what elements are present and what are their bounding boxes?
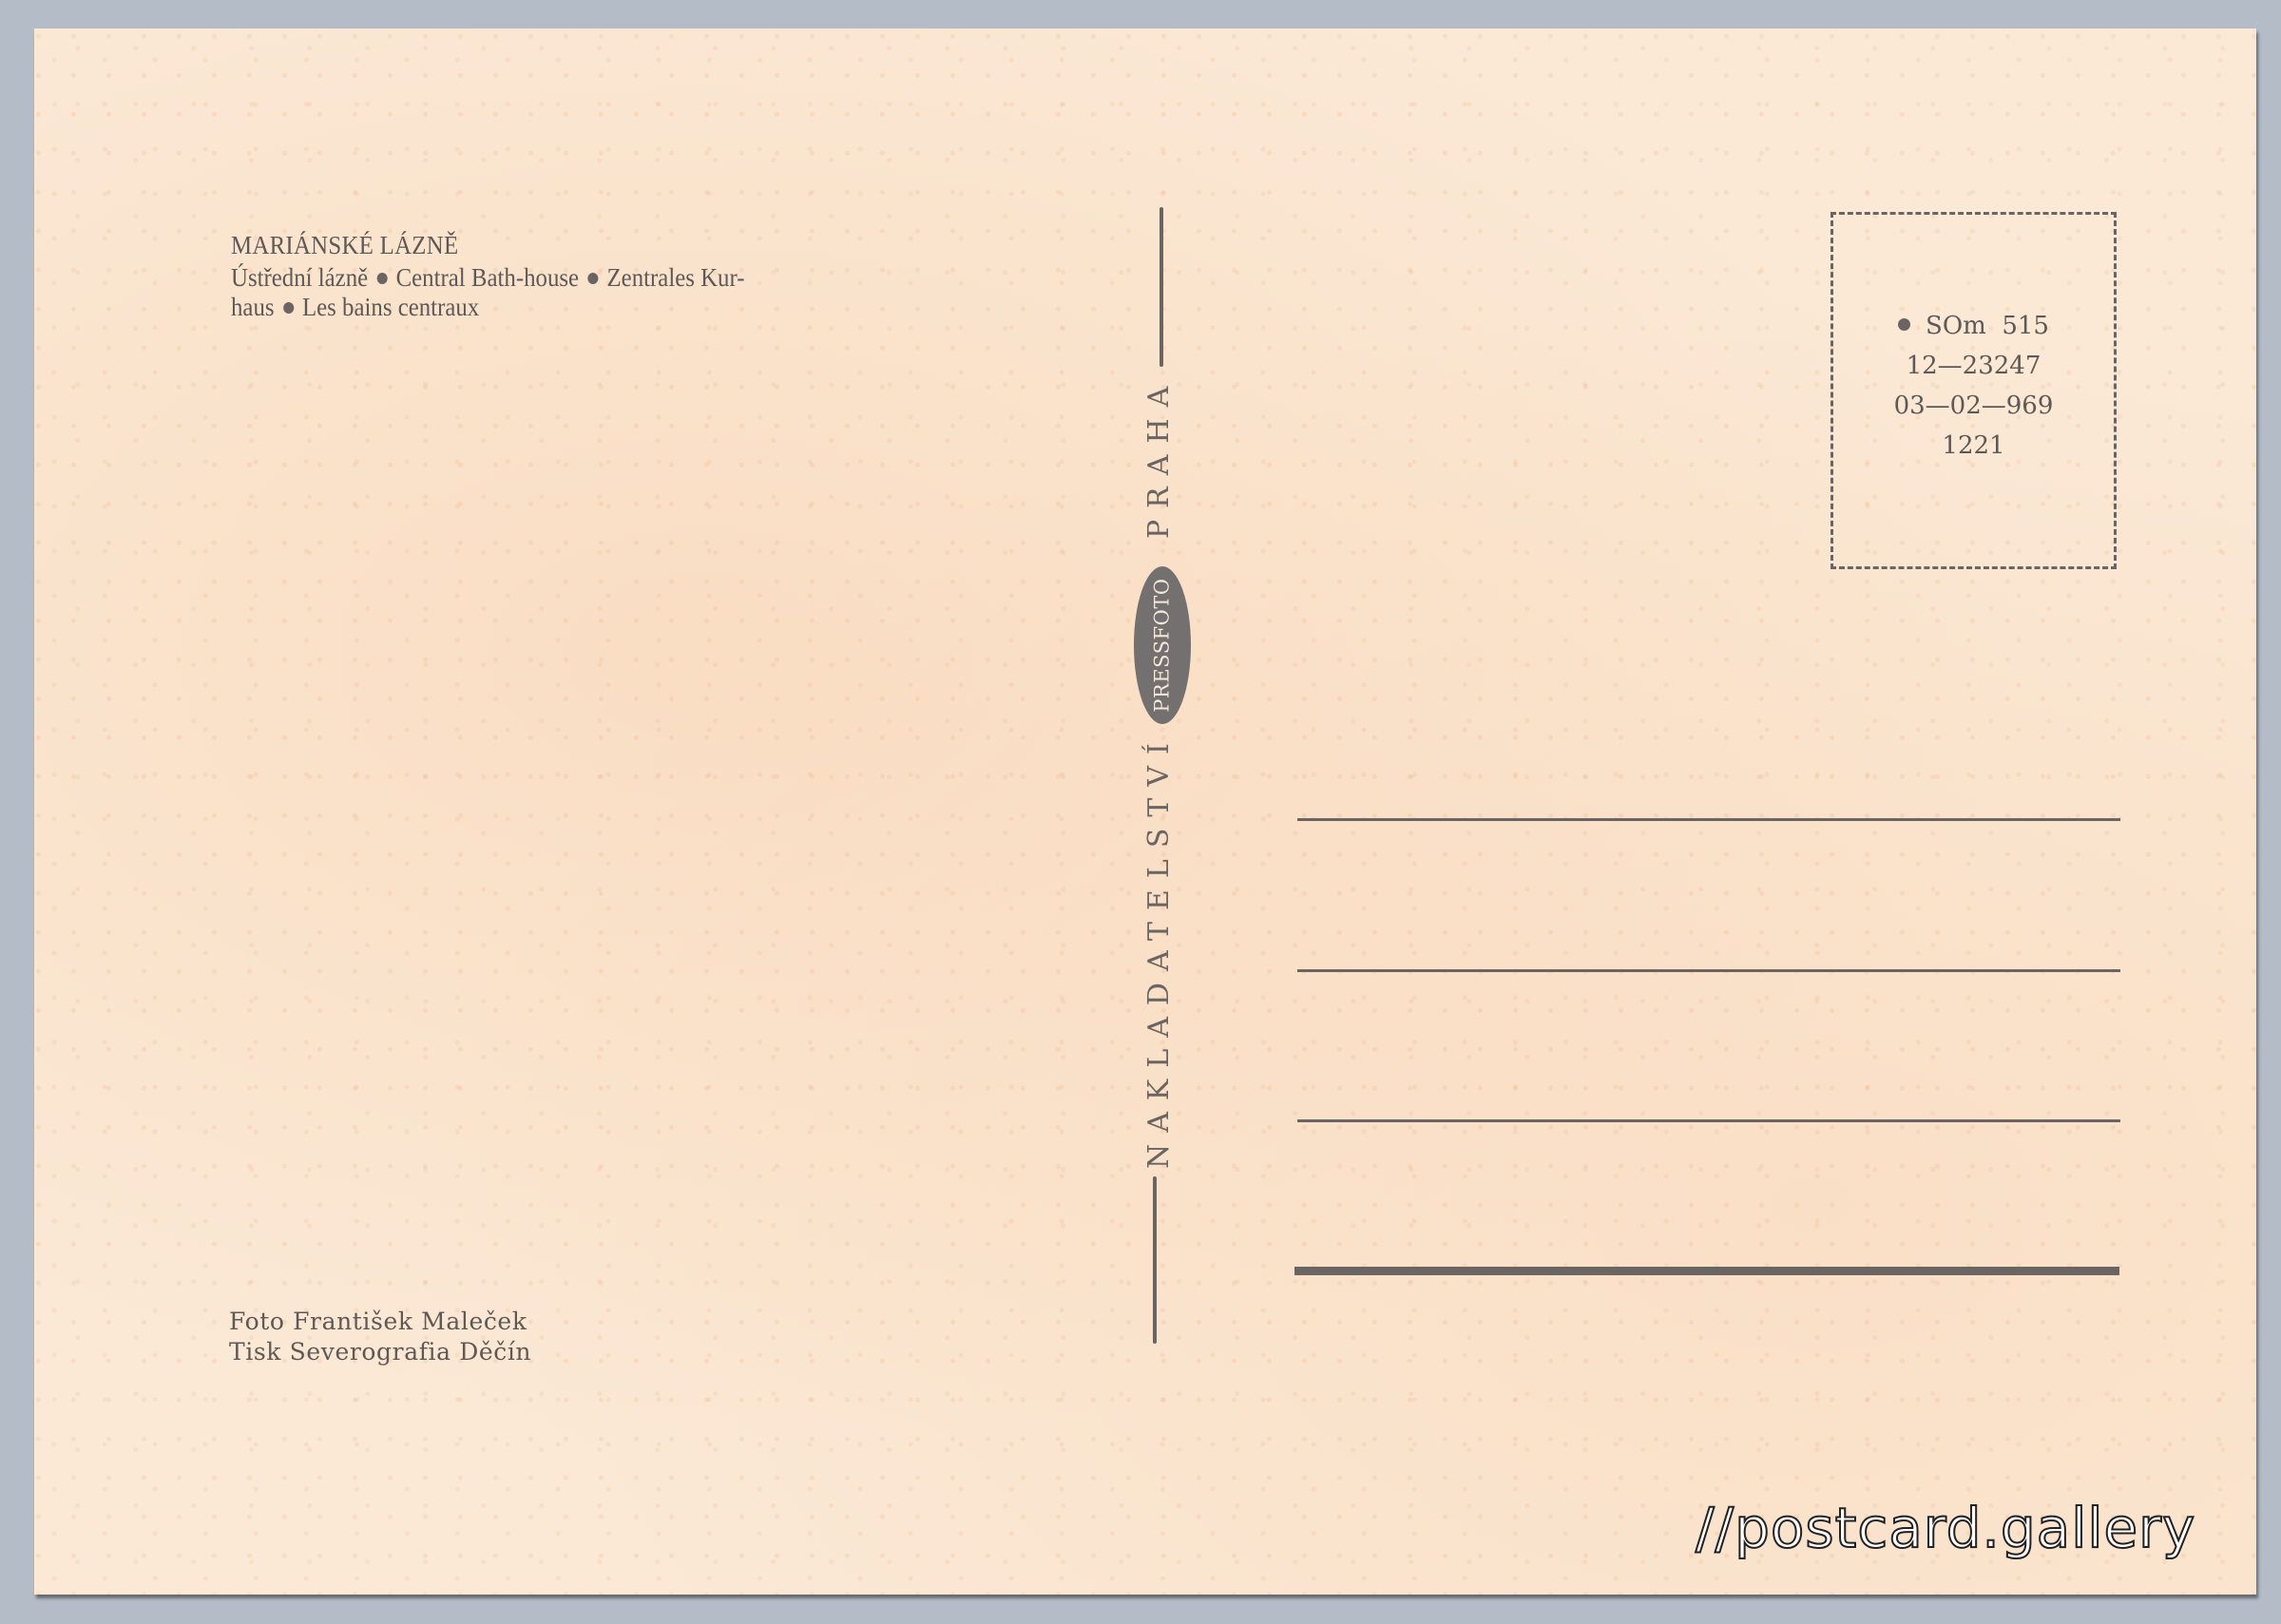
pressfoto-logo: PRESSFOTO [1134, 566, 1191, 724]
bullet-dot-icon [587, 273, 598, 284]
bullet-dot-icon [376, 273, 387, 284]
address-line-1 [1297, 818, 2120, 821]
stamp-extra: 1221 [1833, 426, 2114, 466]
print-credit: Tisk Severografia Děčín [229, 1337, 531, 1367]
address-line-4 [1294, 1267, 2119, 1275]
caption-german: Zentrales Kur- [606, 263, 744, 292]
bullet-dot-icon [283, 302, 294, 314]
divider-line-top [1160, 207, 1163, 367]
credits: Foto František Maleček Tisk Severografia… [229, 1307, 531, 1367]
caption-french: Les bains centraux [302, 293, 479, 321]
bullet-dot-icon [1898, 318, 1910, 331]
logo-text: PRESSFOTO [1151, 578, 1174, 712]
watermark: //postcard.gallery [1696, 1496, 2195, 1560]
publisher-city: PRAHA [1142, 375, 1176, 539]
caption-german-cont: haus [231, 293, 275, 321]
caption-czech: Ústřední lázně [231, 263, 368, 292]
address-line-2 [1297, 969, 2120, 972]
stamp-code: SOm 515 [1926, 312, 2049, 340]
caption-english: Central Bath-house [396, 263, 579, 292]
divider-line-bottom [1153, 1176, 1157, 1344]
postcard-back: MARIÁNSKÉ LÁZNĚ Ústřední lázněCentral Ba… [34, 29, 2256, 1595]
stamp-codes: SOm 515 12—23247 03—02—969 1221 [1833, 306, 2114, 466]
stamp-box: SOm 515 12—23247 03—02—969 1221 [1831, 212, 2117, 569]
photo-credit: Foto František Maleček [229, 1307, 531, 1337]
postcard-caption: Ústřední lázněCentral Bath-houseZentrale… [231, 263, 1035, 322]
publisher-name: NAKLADATELSTVÍ [1142, 732, 1176, 1169]
stamp-date: 03—02—969 [1833, 386, 2114, 426]
stamp-number: 12—23247 [1833, 346, 2114, 386]
postcard-title: MARIÁNSKÉ LÁZNĚ [231, 231, 458, 260]
address-line-3 [1297, 1119, 2120, 1122]
